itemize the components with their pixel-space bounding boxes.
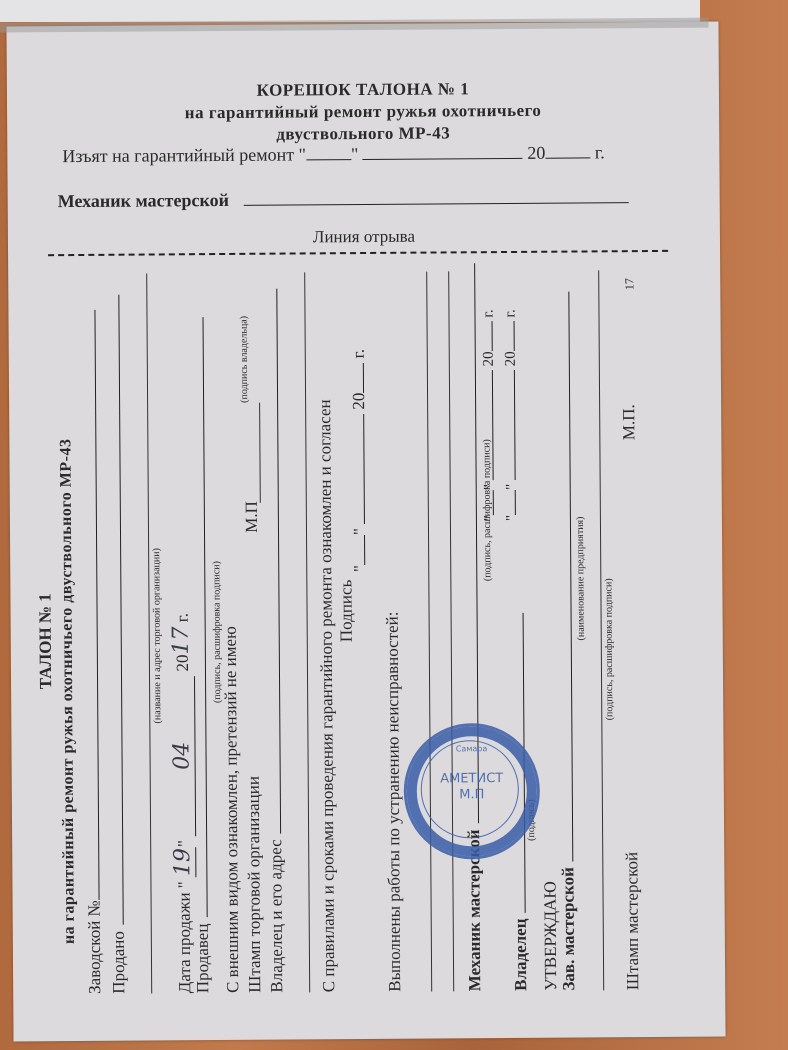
company-seal: Самара АМЕТИСТМ.П	[403, 723, 540, 860]
rotated-coupon-body: ТАЛОН № 1 на гарантийный ремонт ружья ох…	[28, 260, 673, 1004]
tear-line	[48, 250, 668, 256]
head-sign-hint: (подпись, расшифровка подписи)	[603, 578, 615, 720]
owner-month-field[interactable]	[514, 370, 516, 480]
owner-signature-hint: (подпись владельца)	[238, 316, 250, 403]
rules-day-field[interactable]	[364, 535, 365, 565]
rules-signature-label: Подпись	[336, 580, 356, 643]
warranty-page: КОРЕШОК ТАЛОНА № 1 на гарантийный ремонт…	[6, 22, 725, 1042]
owner-date-row: "" 20 г.	[502, 309, 520, 521]
owner-address-row: Владелец и его адрес	[262, 288, 287, 992]
seller-field[interactable]	[203, 318, 208, 918]
coupon-subtitle: на гарантийный ремонт ружья охотничьего …	[57, 438, 79, 944]
shop-mp: М.П	[242, 501, 262, 533]
page-number: 17	[622, 278, 637, 290]
appearance-row: С внешним видом ознакомлен, претензий не…	[221, 626, 244, 993]
work-line-2[interactable]	[448, 271, 454, 991]
stub-title: КОРЕШОК ТАЛОНА № 1 на гарантийный ремонт…	[7, 77, 719, 148]
coupon-title: ТАЛОН № 1	[35, 593, 56, 689]
head-row: Зав. мастерской	[554, 291, 579, 991]
withdrawn-year-field[interactable]	[545, 157, 590, 158]
withdrawn-day-field[interactable]	[306, 159, 351, 160]
owner-address-line-2	[304, 272, 310, 992]
sold-row: Продано	[104, 295, 129, 994]
tear-line-label: Линия отрыва	[8, 225, 720, 250]
seller-row: Продавец	[189, 318, 214, 994]
sold-hint: (название и адрес торговой организации)	[151, 548, 163, 723]
owner-signature-field[interactable]	[259, 403, 261, 503]
withdrawn-month-field[interactable]	[363, 158, 523, 160]
work-done-row: Выполнены работы по устранению неисправн…	[383, 611, 406, 991]
head-hint: (наименование предприятия)	[575, 516, 587, 640]
coupon-stub: КОРЕШОК ТАЛОНА № 1 на гарантийный ремонт…	[6, 22, 720, 257]
withdrawn-row: Изъят на гарантийный ремонт "" 20 г.	[62, 142, 604, 167]
shop-stamp-row: Штамп торговой организации	[244, 776, 266, 993]
sold-field[interactable]	[118, 295, 123, 925]
owner-address-field[interactable]	[276, 288, 281, 833]
stub-mechanic-row: Механик мастерской	[58, 187, 629, 212]
mechanic-day-field[interactable]	[493, 490, 494, 515]
serial-row: Заводской №	[80, 310, 105, 994]
owner-year-field[interactable]	[514, 321, 515, 351]
workshop-mp: М.П.	[619, 404, 639, 440]
work-line-1[interactable]	[426, 272, 432, 992]
warranty-coupon: ТАЛОН № 1 на гарантийный ремонт ружья ох…	[28, 260, 673, 1004]
rules-month-field[interactable]	[363, 414, 365, 524]
workshop-stamp-label: Штамп мастерской	[622, 852, 643, 990]
serial-field[interactable]	[94, 310, 99, 900]
rules-year-field[interactable]	[363, 363, 364, 393]
rules-date-row: "" 20 г.	[349, 349, 371, 572]
mechanic-date-row: "" 20 г.	[480, 309, 498, 521]
owner-day-field[interactable]	[515, 490, 516, 515]
mechanic-month-field[interactable]	[492, 370, 494, 480]
head-field[interactable]	[568, 291, 573, 861]
rules-row: С правилами и сроками проведения гаранти…	[315, 399, 339, 992]
mechanic-year-field[interactable]	[492, 321, 493, 351]
stub-mechanic-field[interactable]	[243, 202, 628, 206]
